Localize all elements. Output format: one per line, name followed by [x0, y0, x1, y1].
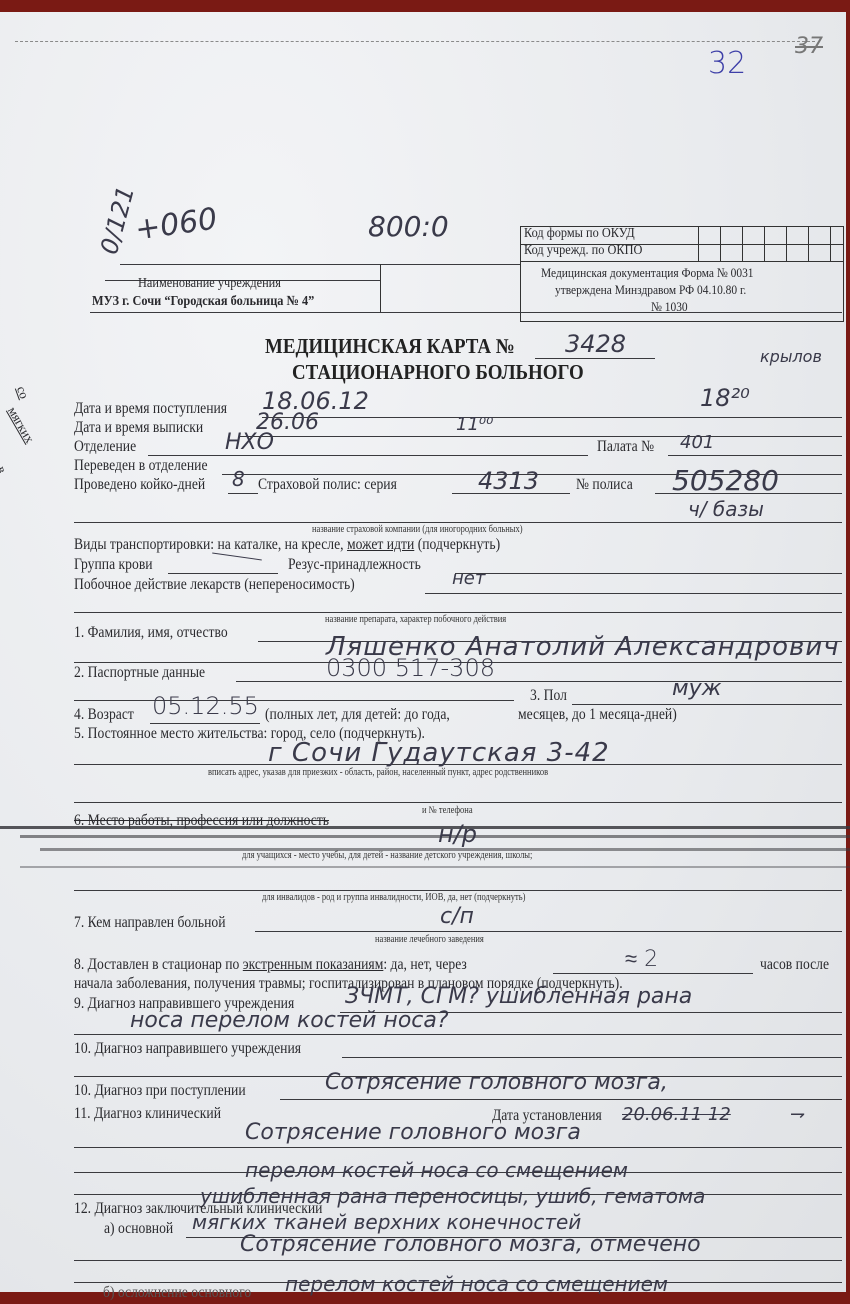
page-number: 32 — [708, 46, 746, 81]
age-label: 4. Возраст — [74, 706, 134, 724]
document-page: 32 37 +060 800:0 Код формы по ОКУД Код у… — [0, 12, 846, 1292]
card-number: 3428 — [565, 330, 626, 358]
sex-value[interactable]: муж — [672, 676, 721, 701]
age-value[interactable]: 05.12.55 — [152, 692, 259, 720]
form-info-2: утверждена Минздравом РФ 04.10.80 г. — [555, 282, 746, 298]
card-title: МЕДИЦИНСКАЯ КАРТА № — [265, 334, 515, 359]
sex-label: 3. Пол — [530, 687, 567, 705]
institution-name: МУЗ г. Сочи “Городская больница № 4” — [92, 294, 314, 310]
scribble-1: +060 — [133, 201, 219, 247]
okud-label: Код формы по ОКУД — [524, 226, 635, 242]
transferred-label: Переведен в отделение — [74, 457, 207, 475]
address-caption: вписать адрес, указав для приезжих - обл… — [208, 767, 548, 778]
scribble-2: 800:0 — [368, 210, 449, 243]
complication-label: б) осложнение основного — [103, 1284, 251, 1302]
referred-by-caption: название лечебного заведения — [375, 934, 484, 945]
referred-by-value[interactable]: с/п — [440, 904, 474, 929]
rhesus-label: Резус-принадлежность — [288, 556, 421, 574]
policy-number-label: № полиса — [576, 476, 633, 494]
department-label: Отделение — [74, 438, 136, 456]
final-diag-value[interactable]: Сотрясение головного мозга, отмечено — [240, 1232, 701, 1257]
policy-number-value[interactable]: 505280 — [672, 464, 779, 497]
established-value[interactable]: 20.06.11 12 — [622, 1104, 731, 1125]
discharge-label: Дата и время выписки — [74, 419, 203, 437]
admission-diag-label: 10. Диагноз при поступлении — [74, 1082, 246, 1100]
page-number-old: 37 — [795, 34, 823, 59]
insurer-caption: название страховой компании (для иногоро… — [312, 524, 523, 535]
passport-value[interactable]: 0300 517-308 — [326, 654, 495, 682]
work-value[interactable]: н/р — [438, 820, 477, 848]
ward-label: Палата № — [597, 438, 654, 456]
top-rule — [15, 41, 815, 42]
passport-label: 2. Паспортные данные — [74, 664, 205, 682]
age-hint-2: месяцев, до 1 месяца-дней) — [518, 706, 677, 724]
card-subtitle: СТАЦИОНАРНОГО БОЛЬНОГО — [292, 360, 584, 385]
side-effects-caption: название препарата, характер побочного д… — [325, 614, 506, 625]
corner-note: крылов — [760, 347, 822, 366]
discharge-time[interactable]: 11⁰⁰ — [456, 414, 493, 435]
side-effects-value[interactable]: нет — [452, 568, 485, 589]
referred-by-label: 7. Кем направлен больной — [74, 914, 226, 932]
policy-series-value[interactable]: 4313 — [478, 467, 539, 495]
policy-series-label: Страховой полис: серия — [258, 476, 397, 494]
clinical-diag-value-2[interactable]: перелом костей носа со смещением — [245, 1158, 628, 1182]
ward-value[interactable]: 401 — [680, 432, 714, 453]
delivered-emergency: экстренным показаниям — [243, 956, 384, 973]
side-effects-label: Побочное действие лекарств (непереносимо… — [74, 576, 355, 594]
diag-referring-2-label: 10. Диагноз направившего учреждения — [74, 1040, 301, 1058]
bed-days-value[interactable]: 8 — [232, 467, 245, 491]
main-diag-value[interactable]: мягких тканей верхних конечностей — [192, 1210, 581, 1234]
department-value[interactable]: НХО — [225, 430, 274, 455]
delivered-hours[interactable]: ≈ 2 — [625, 946, 658, 972]
study-caption: для учащихся - место учебы, для детей - … — [242, 850, 532, 861]
okpo-label: Код учрежд. по ОКПО — [524, 243, 642, 259]
arrow-mark: ⇁ — [790, 1104, 805, 1125]
clinical-diag-value-1[interactable]: Сотрясение головного мозга — [245, 1120, 581, 1145]
margin-note-1: со — [13, 384, 32, 401]
transport-label: Виды транспортировки: на каталке, на кре… — [74, 536, 500, 554]
arrival-label: Дата и время поступления — [74, 400, 227, 418]
clinical-diag-label: 11. Диагноз клинический — [74, 1105, 221, 1123]
bed-days-label: Проведено койко-дней — [74, 476, 205, 494]
margin-note-2: мягких — [4, 404, 38, 446]
margin-note-3: в — [0, 464, 10, 475]
arrival-time[interactable]: 18²⁰ — [700, 384, 750, 412]
main-diag-label: а) основной — [104, 1220, 173, 1238]
blood-group-label: Группа крови — [74, 556, 153, 574]
institution-label: Наименование учреждения — [138, 276, 281, 292]
form-code-box: Код формы по ОКУД Код учрежд. по ОКПО Ме… — [520, 226, 844, 322]
age-hint: (полных лет, для детей: до года, — [265, 706, 450, 724]
transport-selected: может идти — [347, 536, 414, 553]
address-value[interactable]: г Сочи Гудаутская 3-42 — [268, 738, 610, 768]
admission-diag-value[interactable]: Сотрясение головного мозга, — [325, 1070, 668, 1095]
delivered-label: 8. Доставлен в стационар по экстренным п… — [74, 956, 467, 974]
form-info-1: Медицинская документация Форма № 0031 — [541, 265, 754, 281]
insurer-value[interactable]: ч/ базы — [688, 497, 764, 521]
phone-caption: и № телефона — [422, 805, 473, 816]
hours-after: часов после — [760, 956, 829, 974]
disability-caption: для инвалидов - род и группа инвалидност… — [262, 892, 525, 903]
diag-referring-value-2[interactable]: носа перелом костей носа? — [130, 1008, 449, 1033]
diag-referring-value-1[interactable]: ЗЧМТ, СГМ? ушибленная рана — [345, 984, 692, 1009]
complication-value[interactable]: перелом костей носа со смещением — [285, 1272, 668, 1296]
name-label: 1. Фамилия, имя, отчество — [74, 624, 228, 642]
